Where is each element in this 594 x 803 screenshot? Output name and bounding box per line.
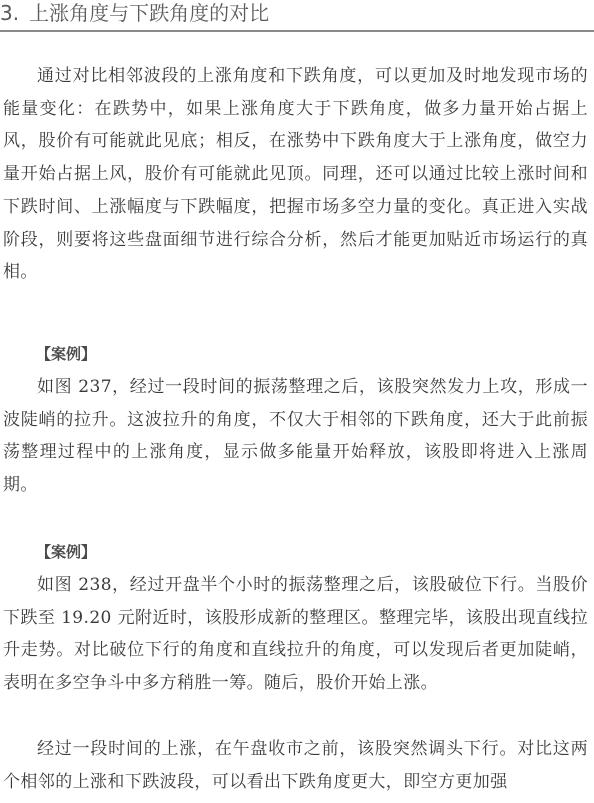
intro-paragraph: 通过对比相邻波段的上涨角度和下跌角度，可以更加及时地发现市场的能量变化：在跌势中… — [3, 60, 588, 289]
heading-divider — [0, 30, 594, 32]
case-2-paragraph-continued: 经过一段时间的上涨，在午盘收市之前，该股突然调头下行。对比这两个相邻的上涨和下跌… — [3, 733, 588, 798]
case-label-2: 【案例】 — [36, 541, 96, 562]
case-1-paragraph: 如图 237，经过一段时间的振荡整理之后，该股突然发力上攻，形成一波陡峭的拉升。… — [3, 371, 588, 502]
case-2-paragraph: 如图 238，经过开盘半个小时的振荡整理之后，该股破位下行。当股价下跌至 19.… — [3, 569, 588, 700]
section-heading: 3.上涨角度与下跌角度的对比 — [0, 0, 269, 30]
case-label-1: 【案例】 — [36, 343, 96, 364]
section-title: 上涨角度与下跌角度的对比 — [29, 1, 269, 25]
section-number: 3. — [0, 1, 19, 25]
